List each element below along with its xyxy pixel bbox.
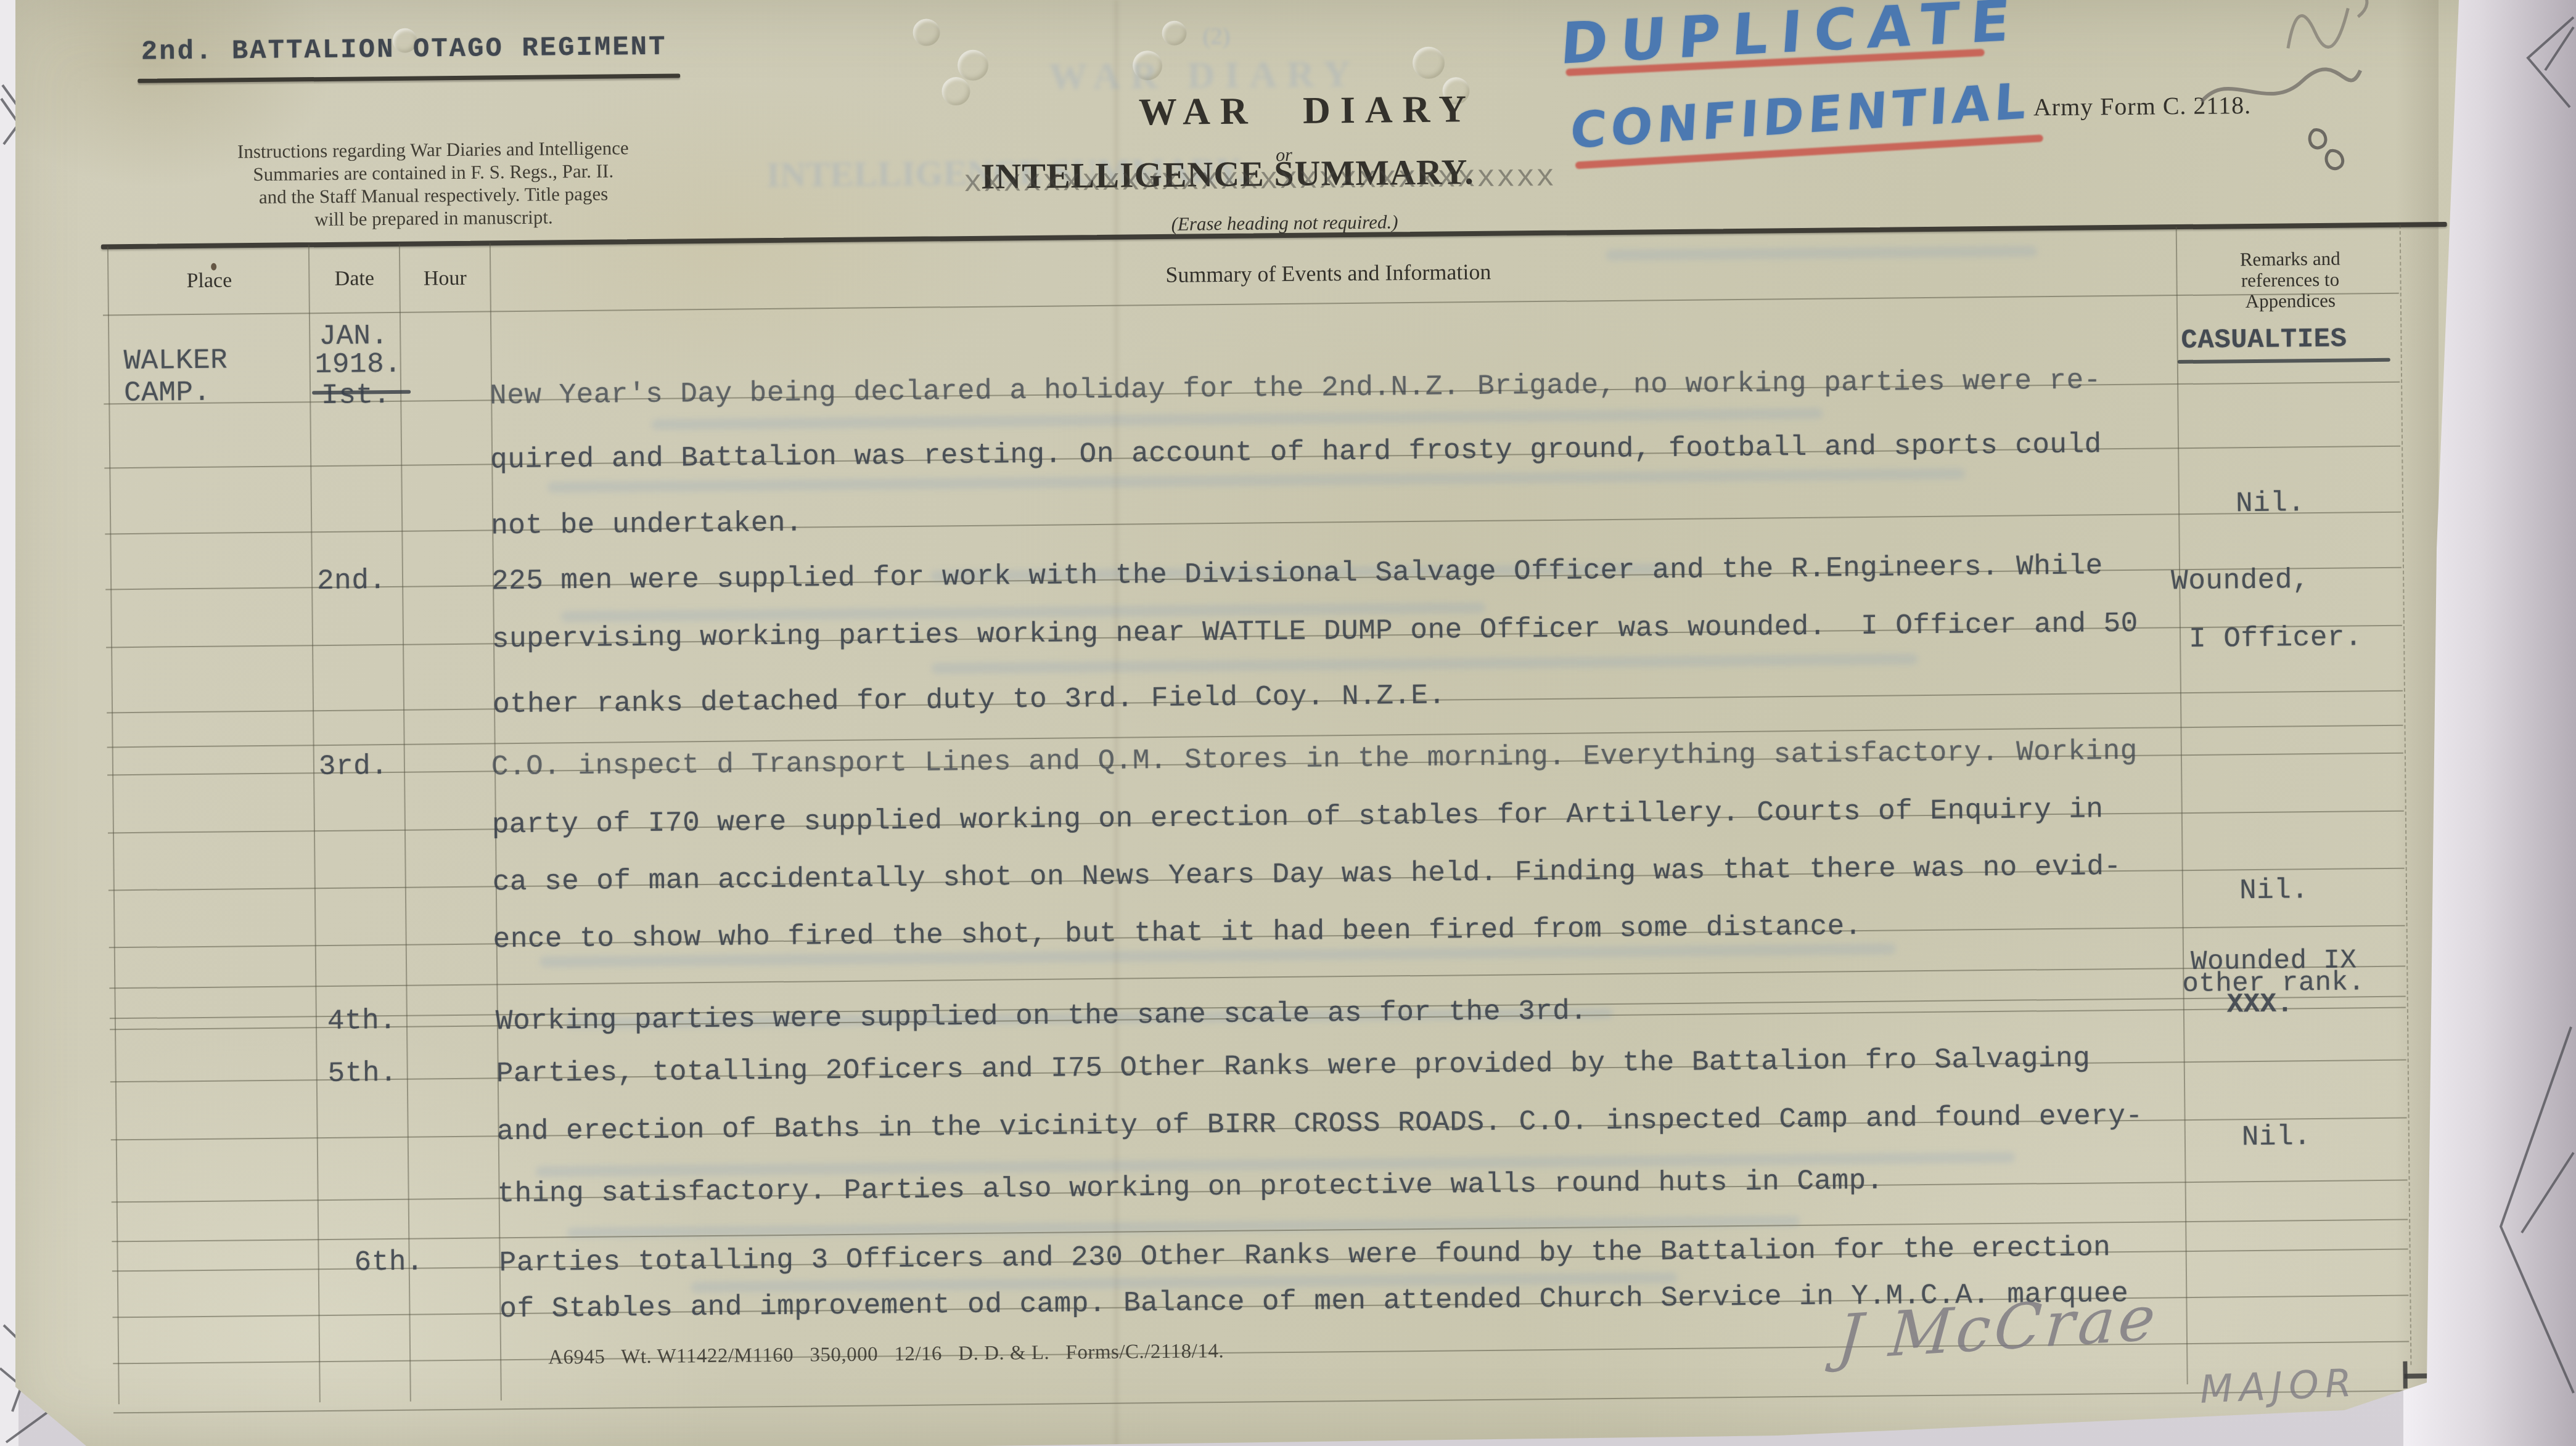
instructions-line: will be prepared in manuscript. xyxy=(156,204,711,232)
remark-line: Nil. xyxy=(2242,1121,2311,1153)
header-remarks-line: references to xyxy=(2194,269,2385,292)
place-line: WALKER xyxy=(123,344,228,377)
punch-emboss-circle xyxy=(1162,21,1186,46)
punch-emboss-circle xyxy=(958,50,988,81)
instructions-block: Instructions regarding War Diaries and I… xyxy=(155,136,711,232)
summary-line: other ranks detached for duty to 3rd. Fi… xyxy=(493,680,1446,721)
summary-remarks-border xyxy=(2176,227,2188,1384)
punch-emboss-circle xyxy=(1413,47,1445,79)
subtitle-strikeout: xxxxxxxxxxxxxxxxxxxxxxxxxxxxxx xyxy=(964,160,1556,201)
paper-sheet: WAR DIARY INTELLIGENCE SUMMARY. (2) 2nd.… xyxy=(0,0,2576,1446)
remark-line: Nil. xyxy=(2239,874,2309,907)
bleed-streak xyxy=(931,653,1918,674)
entry-date: 2nd. xyxy=(317,565,387,597)
bleed-streak xyxy=(652,408,1823,430)
summary-line: 225 men were supplied for work with the … xyxy=(491,550,2103,597)
punch-emboss-circle xyxy=(913,18,940,46)
header-remarks-line: Appendices xyxy=(2195,290,2386,312)
header-remarks-line: Remarks and xyxy=(2194,248,2385,271)
table-right-border xyxy=(2400,225,2412,1365)
entry-date: 5th. xyxy=(327,1057,397,1090)
war-diary-photo: WAR DIARY INTELLIGENCE SUMMARY. (2) 2nd.… xyxy=(0,0,2576,1446)
punch-emboss-circle xyxy=(941,77,970,105)
place-date-border xyxy=(308,245,321,1402)
place-line: CAMP. xyxy=(124,377,211,409)
sketch-bottom-right xyxy=(2479,1023,2576,1405)
summary-line: C.O. inspect d Transport Lines and Q.M. … xyxy=(491,735,2138,783)
pencil-corner-marks xyxy=(2275,0,2381,61)
ruled-line xyxy=(103,293,2399,316)
form-title: WAR DIARY xyxy=(1138,88,1476,134)
page-number-ghost: (2) xyxy=(1202,23,1230,50)
remark-line: Wounded, xyxy=(2171,564,2310,597)
summary-line: Parties, totalling 2Oficers and I75 Othe… xyxy=(496,1043,2091,1090)
year-label: 1918. xyxy=(314,348,401,381)
month-label: JAN. xyxy=(319,320,388,353)
remark-line: I Officer. xyxy=(2189,621,2363,655)
regiment-underline xyxy=(137,73,680,83)
summary-line: not be undertaken. xyxy=(491,507,803,542)
header-hour: Hour xyxy=(400,266,490,290)
summary-line: Working parties were supplied on the san… xyxy=(496,995,1588,1037)
entry-date: 3rd. xyxy=(319,750,388,783)
table-left-border xyxy=(107,247,120,1404)
entry-date: 6th. xyxy=(354,1246,424,1278)
printer-imprint: A6945 Wt. W11422/M1160 350,000 12/16 D. … xyxy=(548,1340,1224,1370)
summary-line: party of I70 were supplied working on er… xyxy=(492,793,2104,841)
remark-line: Nil. xyxy=(2236,487,2305,520)
casualties-underline xyxy=(2178,358,2390,364)
summary-line: New Year's Day being declared a holiday … xyxy=(490,364,2101,412)
punch-emboss-circle xyxy=(1133,51,1162,80)
signature-rank: MAJOR xyxy=(2199,1360,2358,1411)
form-content: WAR DIARY INTELLIGENCE SUMMARY. (2) 2nd.… xyxy=(0,0,2576,1446)
ruled-line xyxy=(109,966,2405,989)
remark-line: XXX. xyxy=(2227,989,2294,1020)
pencil-scribble-over-form-number xyxy=(2192,42,2366,186)
regiment-title: 2nd. BATTALION OTAGO REGIMENT xyxy=(141,32,667,68)
entry-date: Ist. xyxy=(321,379,391,412)
bleed-streak xyxy=(1606,245,2037,261)
header-date: Date xyxy=(310,267,399,291)
ruled-line xyxy=(113,1391,2410,1414)
summary-line: ca se of man accidentally shot on News Y… xyxy=(493,851,2122,898)
typed-dash-mark-vertical xyxy=(2403,1362,2407,1389)
summary-line: Parties totalling 3 Officers and 230 Oth… xyxy=(499,1232,2110,1279)
header-remarks: Remarks and references to Appendices xyxy=(2194,248,2386,312)
ruled-line xyxy=(105,512,2401,535)
header-summary: Summary of Events and Information xyxy=(989,257,1667,290)
casualties-label: CASUALTIES xyxy=(2181,324,2347,356)
sketch-top-right xyxy=(2521,15,2576,126)
summary-line: and erection of Baths in the vicinity of… xyxy=(496,1100,2143,1148)
entry-date: 4th. xyxy=(327,1005,397,1037)
date-hour-border xyxy=(399,244,411,1402)
header-place: Place xyxy=(126,268,292,293)
